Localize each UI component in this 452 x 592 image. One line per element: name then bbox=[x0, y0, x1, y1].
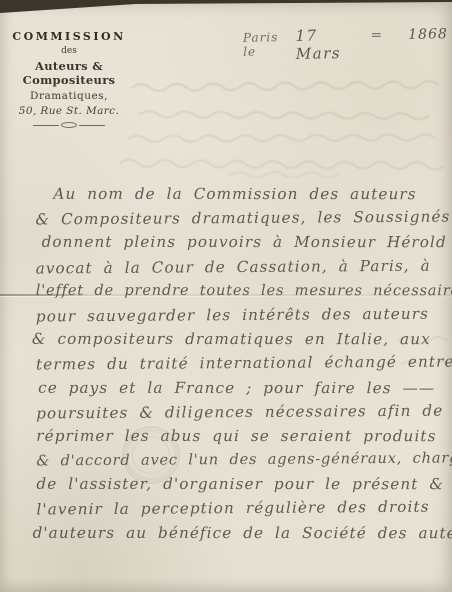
handwritten-line: avocat à la Cour de Cassation, à Paris, … bbox=[36, 253, 452, 280]
handwritten-line: de l'assister, d'organiser pour le prése… bbox=[36, 472, 452, 497]
letterhead-title: COMMISSION bbox=[8, 30, 130, 43]
paper-sheet: COMMISSION des Auteurs & Compositeurs Dr… bbox=[0, 0, 452, 592]
handwritten-line: pour sauvegarder les intérêts des auteur… bbox=[36, 301, 452, 328]
scanned-letter: COMMISSION des Auteurs & Compositeurs Dr… bbox=[0, 0, 452, 592]
dateline-dash: = bbox=[370, 27, 382, 43]
handwritten-line: d'auteurs au bénéfice de la Société des … bbox=[33, 520, 452, 545]
dateline-day-month: 17 Mars bbox=[295, 26, 355, 63]
handwritten-line: termes du traité international échangé e… bbox=[36, 350, 452, 377]
letterhead-divider-ornament bbox=[33, 122, 105, 128]
letterhead-subtitle-des: des bbox=[8, 46, 130, 56]
handwritten-line: & compositeurs dramatiques en Italie, au… bbox=[32, 327, 452, 352]
handwritten-line: réprimer les abus qui se seraient produi… bbox=[36, 424, 452, 449]
dateline-place: Paris le bbox=[243, 30, 286, 59]
handwritten-line: ce pays et la France ; pour faire les —— bbox=[38, 375, 452, 400]
letter-body: Au nom de la Commission des auteurs & Co… bbox=[29, 181, 452, 545]
handwritten-line: l'effet de prendre toutes les mesures né… bbox=[36, 279, 452, 304]
handwritten-dateline: Paris le 17 Mars = 1868 bbox=[243, 24, 449, 64]
dateline-year: 1868 bbox=[408, 26, 448, 43]
handwritten-line: donnent pleins pouvoirs à Monsieur Hérol… bbox=[42, 230, 452, 255]
handwritten-line: & d'accord avec l'un des agens-généraux,… bbox=[36, 447, 452, 474]
ornament-knot-icon bbox=[61, 122, 77, 128]
handwritten-line: Au nom de la Commission des auteurs bbox=[53, 182, 451, 207]
handwritten-line: l'avenir la perception régulière des dro… bbox=[36, 495, 452, 522]
handwritten-line: & Compositeurs dramatiques, les Soussign… bbox=[35, 205, 451, 232]
bleedthrough-handwriting bbox=[110, 74, 452, 178]
handwritten-line: poursuites & diligences nécessaires afin… bbox=[36, 398, 452, 425]
